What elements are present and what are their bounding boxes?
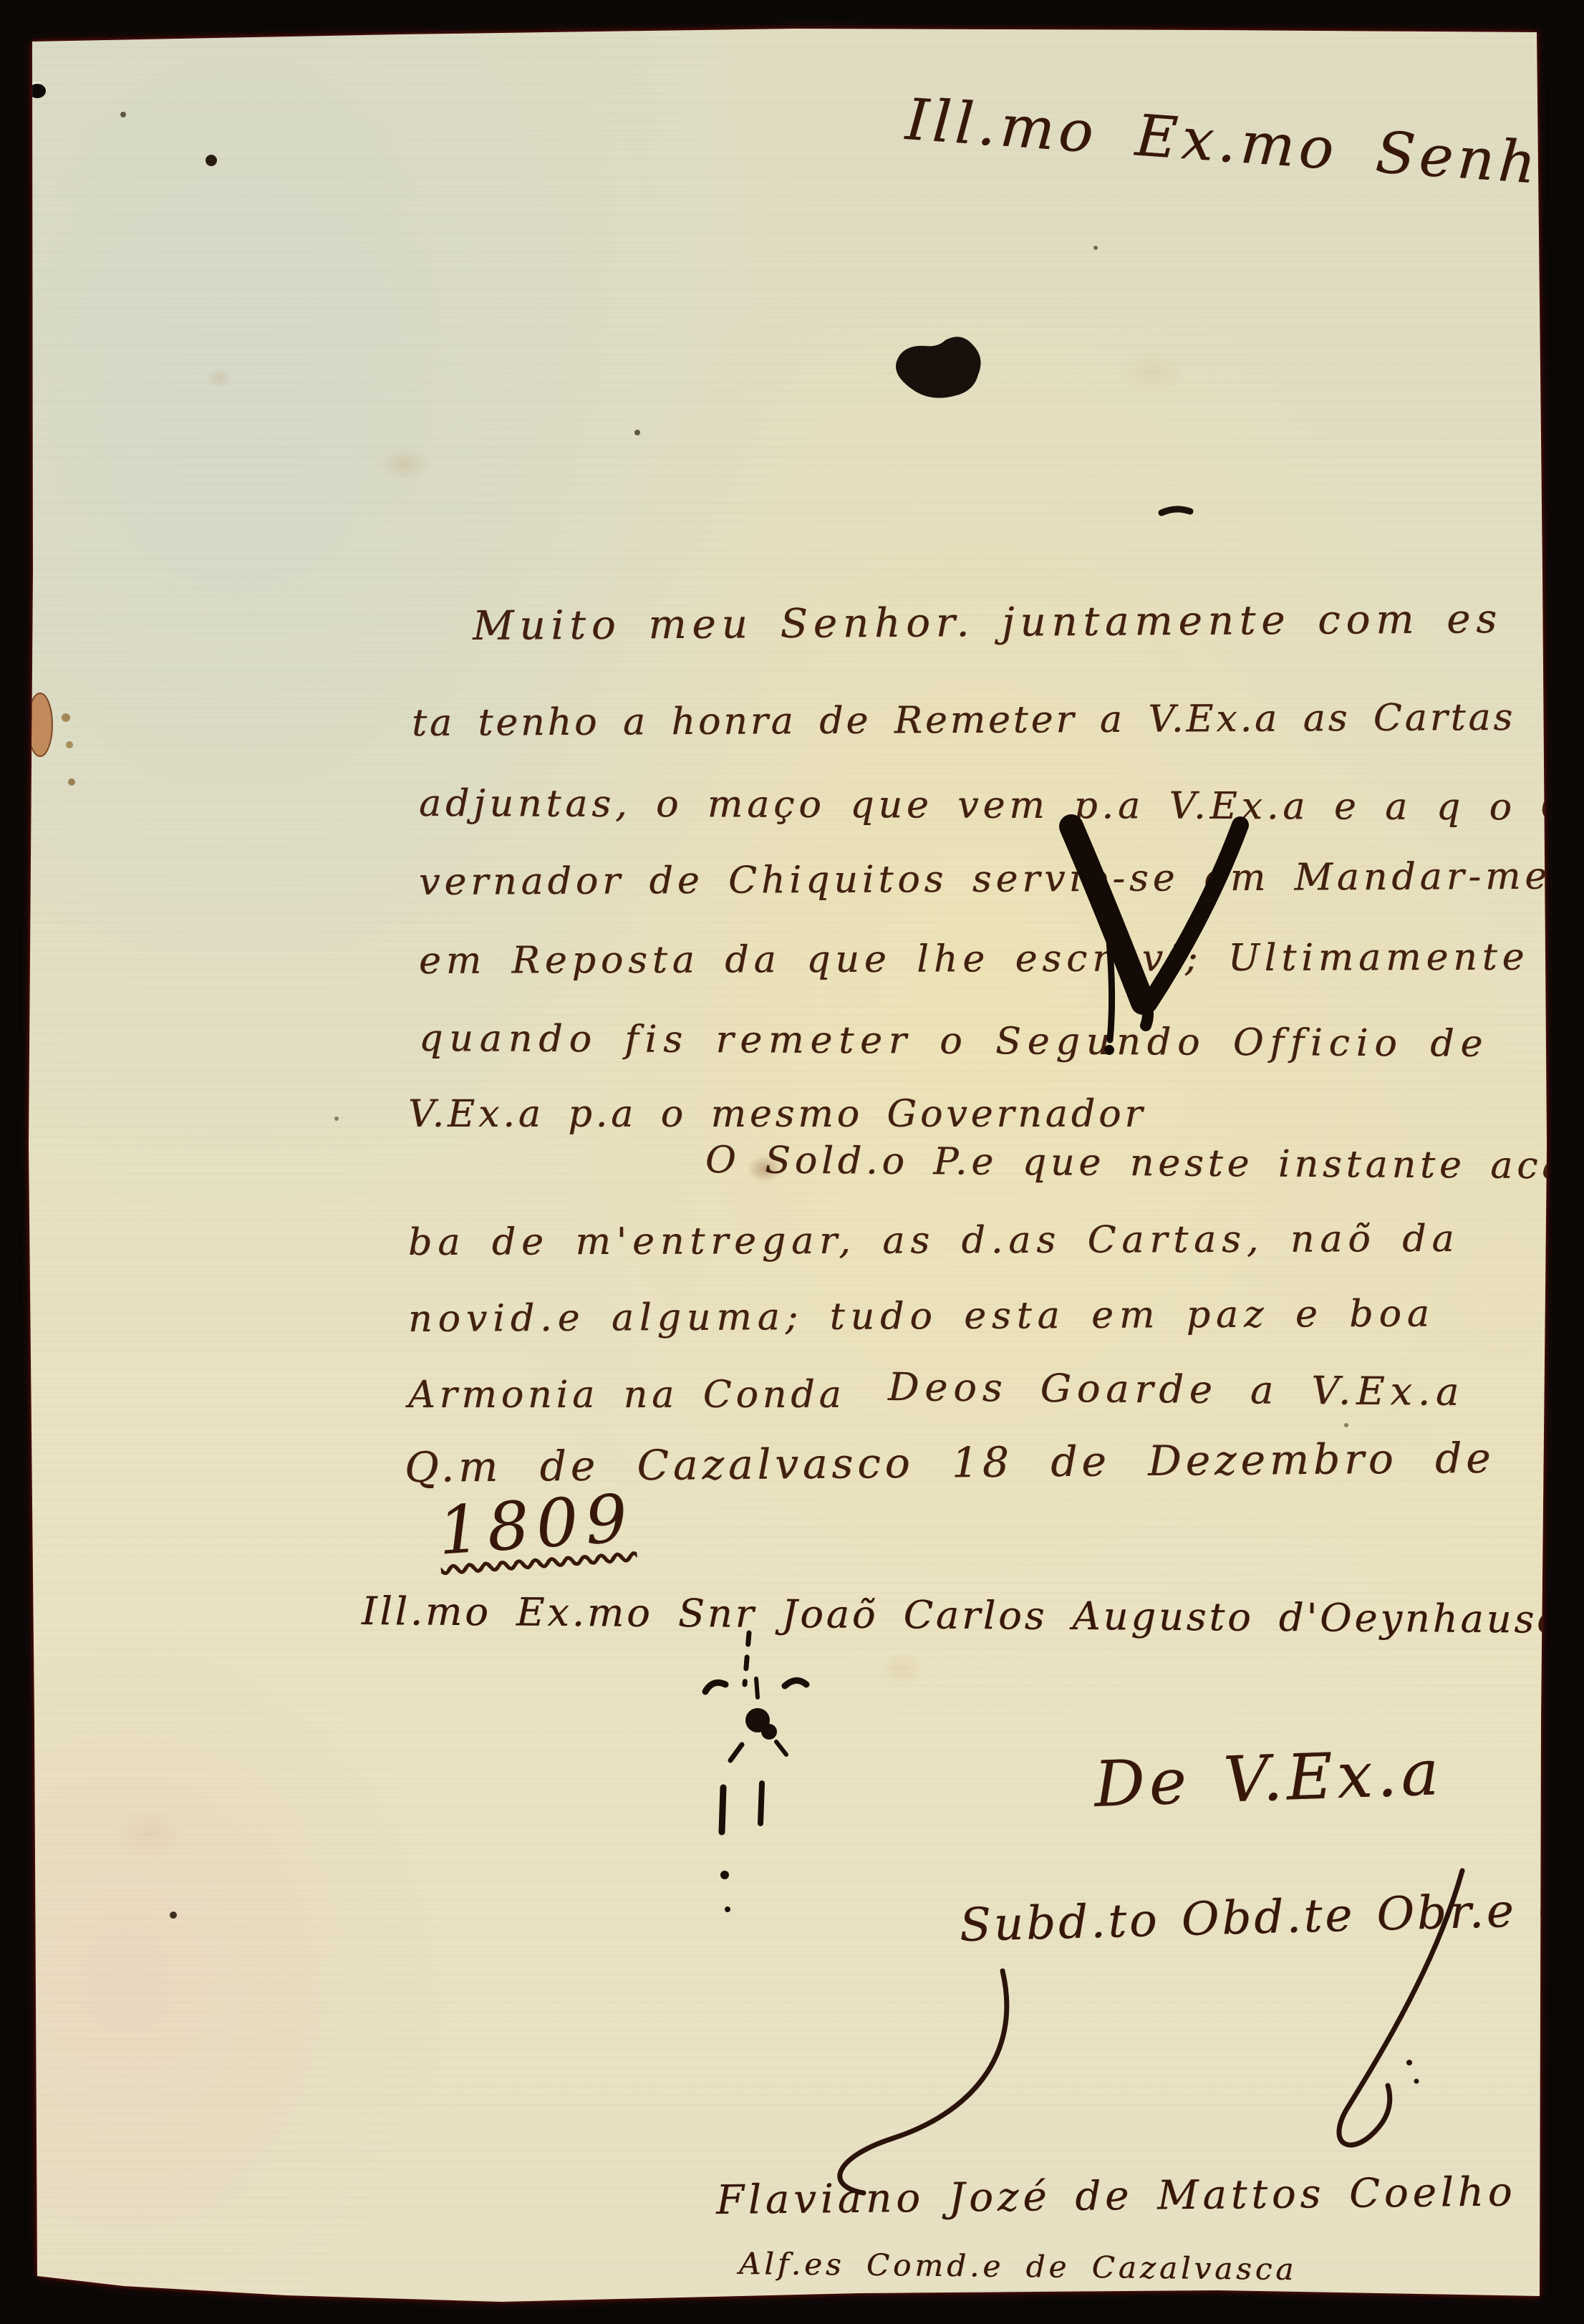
body-line-6: quando fis remeter o Segundo Officio de [419, 1017, 1489, 1066]
body-line-11: Armonia na Conda [408, 1374, 846, 1417]
year: 1809 [435, 1480, 637, 1570]
valediction: Deos Goarde a V.Ex.a [888, 1364, 1465, 1414]
address-line: Ill.mo Ex.mo Snr Joaõ Carlos Augusto d'O… [362, 1588, 1584, 1642]
ink-dash-icon [1162, 509, 1190, 513]
place-date-line: Q.m de Cazalvasco 18 de Dezembro de [405, 1434, 1495, 1492]
body-line-1: Muito meu Senhor. juntamente com es [473, 596, 1502, 650]
closing-subdito: Subd.to Obd.te Obr.e C. [959, 1883, 1584, 1952]
body-line-2: ta tenho a honra de Remeter a V.Ex.a as … [412, 696, 1515, 745]
signature-flourish-icon [840, 1971, 1007, 2193]
salutation: Ill.mo Ex.mo Senhor [904, 86, 1584, 202]
signature-title: Alf.es Comd.e de Cazalvasca [739, 2246, 1298, 2287]
body-line-3: adjuntas, o maço que vem p.a V.Ex.a e a … [419, 782, 1584, 829]
signature-name: Flaviano Jozé de Mattos Coelho [716, 2169, 1517, 2224]
body-line-10: novid.e alguma; tudo esta em paz e boa [408, 1292, 1435, 1341]
body-line-7: V.Ex.a p.a o mesmo Governador [408, 1093, 1146, 1136]
edge-stain-icon [28, 693, 75, 786]
paper-hole-icon [29, 82, 46, 98]
ink-blot-large-icon [896, 337, 981, 397]
paper-specks [120, 112, 1348, 1919]
body-line-5: em Reposta da que lhe escrevi; Ultimamen… [419, 936, 1530, 983]
ink-splatter-star-icon [705, 1633, 806, 1912]
paper-sheet: Ill.mo Ex.mo Senhor Muito meu Senhor. ju… [0, 0, 1584, 2324]
body-line-8: O Sold.o P.e que neste instante aca [705, 1139, 1569, 1187]
photographed-manuscript: Ill.mo Ex.mo Senhor Muito meu Senhor. ju… [0, 0, 1584, 2324]
paper-sheet-wrapper: Ill.mo Ex.mo Senhor Muito meu Senhor. ju… [0, 0, 1584, 2324]
body-line-4: vernador de Chiquitos servio-se em Manda… [419, 855, 1551, 904]
body-line-9: ba de m'entregar, as d.as Cartas, naõ da [408, 1218, 1460, 1264]
closing-de-vexa: De V.Ex.a [1093, 1735, 1444, 1821]
